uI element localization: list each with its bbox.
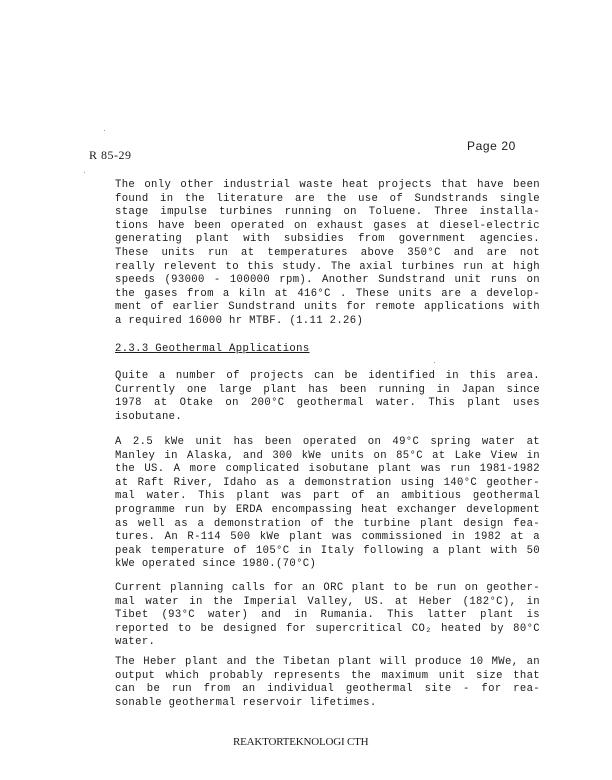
text-line: the gases from a kiln at 416°C . These u… <box>115 288 540 302</box>
text-line: Manley in Alaska, and 300 kWe units on 8… <box>115 450 540 464</box>
paragraph-geothermal-units: A 2.5 kWe unit has been operated on 49°C… <box>115 436 540 572</box>
paragraph-current-planning: Current planning calls for an ORC plant … <box>115 582 540 650</box>
report-number: R 85-29 <box>89 148 132 163</box>
text-line: can be run from an individual geothermal… <box>115 683 540 697</box>
text-line: Currently one large plant has been runni… <box>115 384 540 398</box>
text-line: Current planning calls for an ORC plant … <box>115 582 540 596</box>
paragraph-industrial-waste-heat: The only other industrial waste heat pro… <box>115 179 540 329</box>
section-number: 2.3.3 <box>115 343 149 355</box>
text-line: the US. A more complicated isobutane pla… <box>115 463 540 477</box>
paragraph-heber-tibetan: The Heber plant and the Tibetan plant wi… <box>115 656 540 710</box>
text-line: isobutane. <box>115 411 540 425</box>
text-line: programme run by ERDA encompassing heat … <box>115 504 540 518</box>
text-line: stage impulse turbines running on Toluen… <box>115 206 540 220</box>
text-line: A 2.5 kWe unit has been operated on 49°C… <box>115 436 540 450</box>
page-number: Page 20 <box>467 139 516 153</box>
text-line: really relevent to this study. The axial… <box>115 261 540 275</box>
scan-speck <box>84 172 85 173</box>
text-line: These units run at temperatures above 35… <box>115 247 540 261</box>
text-line: output which probably represents the max… <box>115 670 540 684</box>
text-line: as well as a demonstration of the turbin… <box>115 518 540 532</box>
text-line: speeds (93000 - 100000 rpm). Another Sun… <box>115 274 540 288</box>
text-line: peak temperature of 105°C in Italy follo… <box>115 545 540 559</box>
text-line: found in the literature are the use of S… <box>115 193 540 207</box>
text-line: Tibet (93°C water) and in Rumania. This … <box>115 609 540 623</box>
paragraph-geothermal-intro: Quite a number of projects can be identi… <box>115 370 540 424</box>
section-title: Geothermal Applications <box>155 343 309 355</box>
scan-speck <box>434 362 435 363</box>
text-line: 1978 at Otake on 200°C geothermal water.… <box>115 397 540 411</box>
text-line: a required 16000 hr MTBF. (1.11 2.26) <box>115 315 540 329</box>
text-line: reported to be designed for supercritica… <box>115 623 540 637</box>
text-line: tions have been operated on exhaust gase… <box>115 220 540 234</box>
text-line: ment of earlier Sundstrand units for rem… <box>115 301 540 315</box>
text-line: mal water. This plant was part of an amb… <box>115 490 540 504</box>
text-line: Quite a number of projects can be identi… <box>115 370 540 384</box>
text-line: mal water in the Imperial Valley, US. at… <box>115 596 540 610</box>
section-heading: 2.3.3 Geothermal Applications <box>115 343 310 355</box>
text-line: kWe operated since 1980.(70°C) <box>115 558 540 572</box>
text-line: The Heber plant and the Tibetan plant wi… <box>115 656 540 670</box>
text-line: tures. An R-114 500 kWe plant was commis… <box>115 531 540 545</box>
scan-speck <box>104 130 105 131</box>
text-line: The only other industrial waste heat pro… <box>115 179 540 193</box>
text-line: water. <box>115 636 540 650</box>
text-line: generating plant with subsidies from gov… <box>115 233 540 247</box>
footer-institution: REAKTORTEKNOLOGI CTH <box>233 736 368 748</box>
text-line: sonable geothermal reservoir lifetimes. <box>115 697 540 711</box>
text-line: at Raft River, Idaho as a demonstration … <box>115 477 540 491</box>
